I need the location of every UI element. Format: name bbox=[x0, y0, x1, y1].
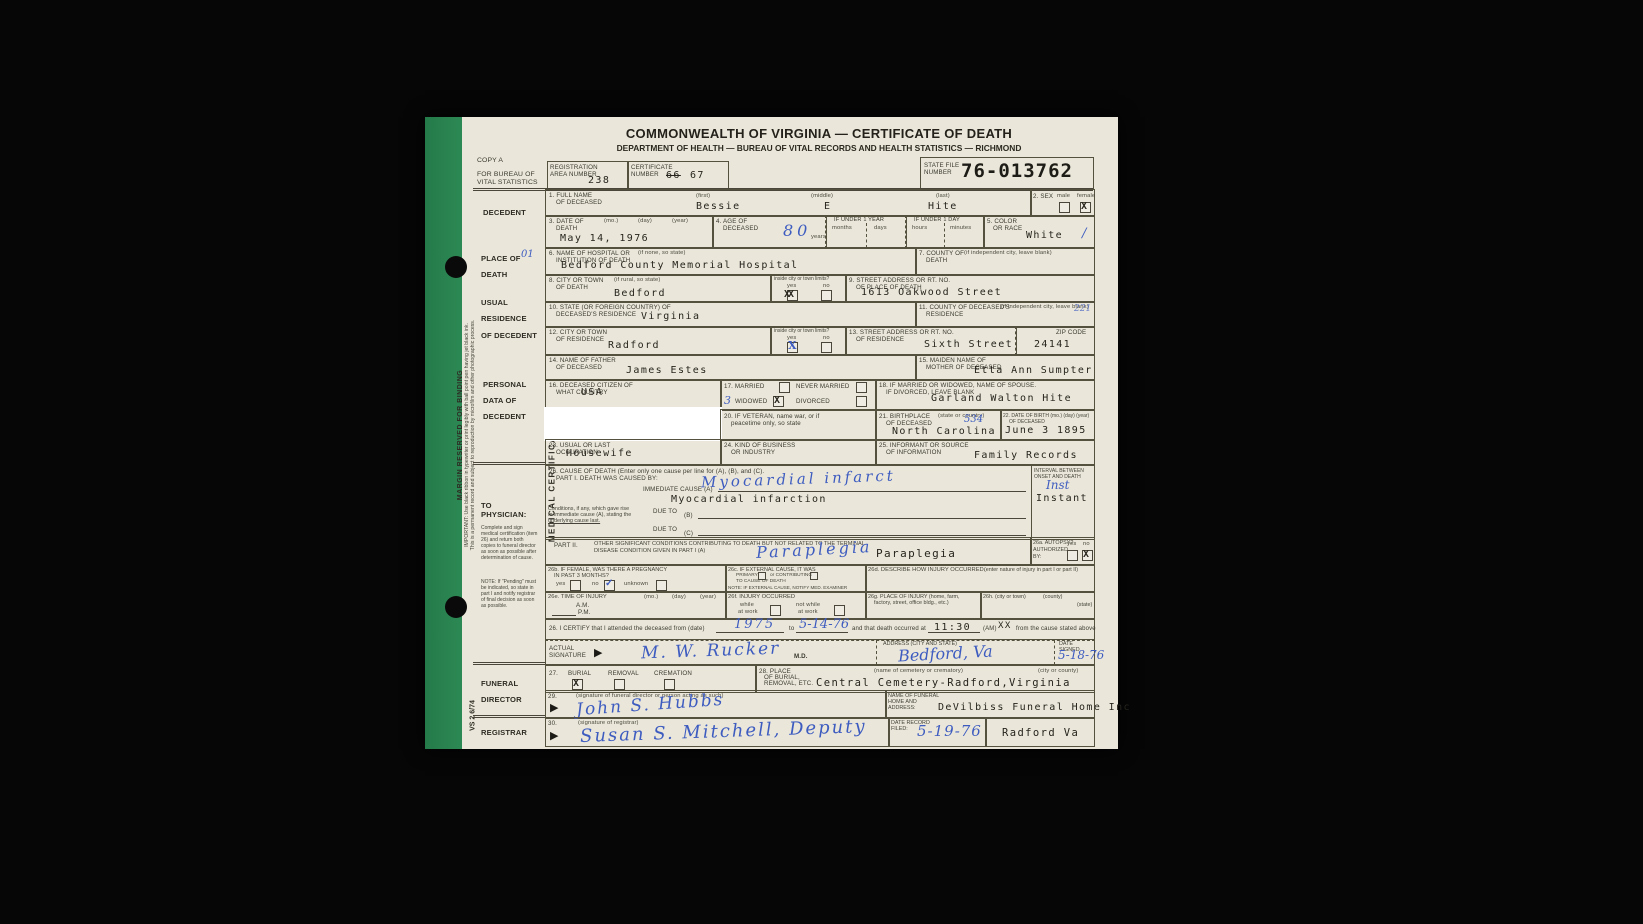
signature-addr-divider bbox=[876, 640, 877, 665]
due-to-b-label: DUE TO bbox=[653, 508, 677, 515]
pregnancy-no-mark: ✓ bbox=[605, 578, 613, 589]
injury-mo-hint: (mo.) bbox=[644, 594, 658, 601]
business-label2: OR INDUSTRY bbox=[731, 449, 775, 456]
hole-punch-top bbox=[445, 256, 467, 278]
residence-county-handwritten-note: 221 bbox=[1074, 304, 1091, 314]
certify-from-handwritten: 1975 bbox=[734, 617, 775, 632]
city-county-hint: (city or county) bbox=[1038, 668, 1078, 675]
middle-name-value: E bbox=[824, 201, 831, 212]
color-value: White bbox=[1026, 230, 1063, 241]
cause-a-typed: Myocardial infarction bbox=[671, 494, 827, 505]
last-hint: (last) bbox=[936, 193, 950, 200]
occupation-value: Housewife bbox=[566, 448, 633, 459]
pregnancy-no-label: no bbox=[592, 581, 599, 588]
physician-signature: M. W. Rucker bbox=[641, 639, 781, 664]
registrar-place-value: Radford Va bbox=[1002, 727, 1079, 739]
registrar-number: 30. bbox=[548, 720, 557, 727]
certificate-number-struck: 66 bbox=[666, 170, 681, 181]
signature-arrow-icon: ▶ bbox=[594, 646, 602, 659]
city-of-death-label2: OF DEATH bbox=[556, 284, 588, 291]
citizen-value: USA bbox=[581, 387, 603, 398]
side-divider-funeral bbox=[473, 662, 545, 665]
father-label2: OF DECEASED bbox=[556, 364, 602, 371]
burial-label: BURIAL bbox=[568, 670, 591, 677]
mo-hint: (mo.) bbox=[604, 218, 618, 225]
year-hint: (year) bbox=[672, 218, 688, 225]
margin-bold-text: MARGIN RESERVED FOR BINDING bbox=[457, 140, 464, 730]
side-data-of-label: DATA OF bbox=[483, 397, 516, 406]
side-decedent2-label: DECEDENT bbox=[483, 413, 526, 422]
margin-permanent-text: This is a permanent record and subject t… bbox=[470, 140, 476, 730]
while-at-work-checkbox bbox=[770, 605, 781, 616]
burial-mark: X bbox=[573, 678, 579, 689]
injury-work-label: 26f. INJURY OCCURRED bbox=[728, 594, 795, 601]
city-of-death-hint: (if rural, so state) bbox=[614, 277, 661, 284]
residence-limits-label: inside city or town limits? bbox=[774, 328, 829, 334]
field-place-of-burial: 28. PLACE OF BURIAL, REMOVAL, ETC. (name… bbox=[755, 664, 1095, 693]
physician-instructions: Complete and sign medical certification … bbox=[481, 525, 539, 561]
removal-checkbox bbox=[614, 679, 625, 690]
field-part2-conditions: PART II. OTHER SIGNIFICANT CONDITIONS CO… bbox=[545, 537, 1032, 566]
certify-time-line bbox=[928, 632, 980, 633]
field-spouse-name: 18. IF MARRIED OR WIDOWED, NAME OF SPOUS… bbox=[875, 379, 1095, 411]
death-street-value: 1613 Oakwood Street bbox=[861, 287, 1002, 298]
residence-city-label2: OF RESIDENCE bbox=[556, 336, 604, 343]
side-usual-label: USUAL bbox=[481, 299, 508, 308]
cemetery-hint: (name of cemetery or crematory) bbox=[874, 668, 963, 675]
certificate-title: COMMONWEALTH OF VIRGINIA — CERTIFICATE O… bbox=[545, 126, 1093, 141]
last-name-value: Hite bbox=[928, 201, 958, 212]
field-registrar-place: Radford Va bbox=[985, 717, 1095, 747]
external-primary-label: PRIMARY bbox=[736, 573, 758, 579]
residence-state-value: Virginia bbox=[641, 311, 700, 322]
field-hospital: 6. NAME OF HOSPITAL OR (if none, so stat… bbox=[545, 247, 917, 276]
sex-label: 2. SEX bbox=[1033, 193, 1053, 200]
side-divider-registrar bbox=[473, 715, 545, 718]
place-code-handwritten: 01 bbox=[521, 249, 534, 260]
field-funeral-director-signature: 29. ▶ (signature of funeral director or … bbox=[545, 690, 887, 719]
pregnancy-unknown-checkbox bbox=[656, 580, 667, 591]
field-business-industry: 24. KIND OF BUSINESS OR INDUSTRY bbox=[720, 439, 877, 466]
pregnancy-unknown-label: unknown bbox=[624, 581, 648, 588]
not-while-at-work-checkbox bbox=[834, 605, 845, 616]
divorced-label: DIVORCED bbox=[796, 398, 830, 405]
never-married-label: NEVER MARRIED bbox=[796, 383, 850, 390]
side-personal-label: PERSONAL bbox=[483, 381, 526, 390]
residence-state-label2: DECEASED'S RESIDENCE bbox=[556, 311, 636, 318]
field-residence-county: 11. COUNTY OF DECEASED'S (if independent… bbox=[915, 301, 1095, 328]
color-handwritten-mark: / bbox=[1082, 226, 1086, 241]
field-certificate-number: CERTIFICATE NUMBER 66 67 bbox=[627, 161, 729, 190]
binding-margin-text: MARGIN RESERVED FOR BINDING IMPORTANT: U… bbox=[457, 140, 483, 730]
autopsy-yes-checkbox bbox=[1067, 550, 1078, 561]
side-divider-medical bbox=[473, 462, 545, 465]
age-value-handwritten: 80 bbox=[783, 221, 811, 240]
field-physician-signature-row: ACTUAL SIGNATURE ▶ M. W. Rucker M.D. ADD… bbox=[545, 639, 1095, 666]
day-hint: (day) bbox=[638, 218, 652, 225]
field-cause-of-death: 26. CAUSE OF DEATH (Enter only one cause… bbox=[545, 464, 1095, 540]
external-contributing-checkbox bbox=[810, 572, 818, 580]
widowed-checkbox: X bbox=[773, 396, 784, 407]
certify-from-line bbox=[716, 632, 784, 633]
pregnancy-label2: IN PAST 3 MONTHS? bbox=[554, 573, 609, 580]
state-file-value: 76-013762 bbox=[961, 160, 1073, 182]
signature-date-divider bbox=[1054, 640, 1055, 665]
mother-value: Etta Ann Sumpter bbox=[974, 365, 1093, 376]
certify-pm-strikeout: XX bbox=[998, 621, 1012, 631]
not-while-label: not while bbox=[796, 602, 820, 609]
autopsy-no-label: no bbox=[1083, 541, 1090, 548]
field-time-of-injury: 26e. TIME OF INJURY (mo.) (day) (year) A… bbox=[545, 591, 727, 620]
field-age: 4. AGE OF DECEASED 80 years bbox=[712, 215, 827, 249]
field-registrar-signature: 30. ▶ (signature of registrar) Susan S. … bbox=[545, 717, 890, 747]
conditions-note-3: underlying cause last. bbox=[548, 518, 636, 524]
funeral-home-value: DeVilbiss Funeral Home Inc bbox=[938, 702, 1131, 713]
field-registration-area-number: REGISTRATION AREA NUMBER 238 bbox=[547, 161, 629, 190]
first-name-value: Bessie bbox=[696, 201, 741, 212]
minutes-label: minutes bbox=[950, 225, 971, 232]
removal-label: REMOVAL bbox=[608, 670, 639, 677]
registrar-arrow-icon: ▶ bbox=[550, 729, 558, 742]
date-of-death-value: May 14, 1976 bbox=[560, 233, 649, 244]
injury-state-hint: (state) bbox=[1077, 602, 1092, 608]
date-signed-handwritten: 5-18-76 bbox=[1058, 648, 1104, 662]
hole-punch-bottom bbox=[445, 596, 467, 618]
field-funeral-home: NAME OF FUNERAL HOME AND ADDRESS: DeVilb… bbox=[885, 690, 1095, 719]
color-label2: OR RACE bbox=[993, 225, 1022, 232]
due-to-c-label: DUE TO bbox=[653, 526, 677, 533]
field-birthplace: 21. BIRTHPLACE (state or country) OF DEC… bbox=[875, 409, 1002, 441]
zip-value: 24141 bbox=[1034, 339, 1071, 350]
field-injury-city-county-state: 26h. (city or town) (county) (state) bbox=[980, 591, 1095, 620]
field-external-cause: 26c. IF EXTERNAL CAUSE, IT WAS PRIMARY o… bbox=[725, 564, 867, 593]
field-sex: 2. SEX male female X bbox=[1030, 189, 1095, 217]
field-occupation: 23. USUAL OR LAST OCCUPATION Housewife bbox=[545, 439, 722, 466]
field-disposition: 27. BURIAL X REMOVAL CREMATION bbox=[545, 664, 757, 693]
funeral-director-arrow-icon: ▶ bbox=[550, 701, 558, 714]
sex-male-label: male bbox=[1057, 193, 1070, 200]
side-place-of-death-label2: DEATH bbox=[481, 271, 507, 280]
field-residence-state: 10. STATE (OR FOREIGN COUNTRY) OF DECEAS… bbox=[545, 301, 917, 328]
field-state-file-number: STATE FILE NUMBER 76-013762 bbox=[920, 157, 1094, 190]
disposition-number: 27. bbox=[549, 670, 558, 677]
part2-label: PART II. bbox=[554, 542, 578, 549]
certify-ampm-label: (AM) bbox=[983, 626, 997, 633]
field-county-of-death: 7. COUNTY OF (if independent city, leave… bbox=[915, 247, 1095, 276]
field-place-of-injury: 26g. PLACE OF INJURY (home, farm, factor… bbox=[865, 591, 982, 620]
pending-note: NOTE: If "Pending" must be indicated, so… bbox=[481, 579, 539, 609]
interval-column: INTERVAL BETWEEN ONSET AND DEATH Inst In… bbox=[1031, 466, 1095, 539]
city-of-death-value: Bedford bbox=[614, 288, 666, 299]
vital-statistics-label: VITAL STATISTICS bbox=[477, 179, 538, 187]
date-filed-handwritten: 5-19-76 bbox=[917, 722, 982, 740]
cause-c-line bbox=[698, 535, 1026, 536]
death-certificate-document: MARGIN RESERVED FOR BINDING IMPORTANT: U… bbox=[425, 117, 1118, 749]
side-decedent-label: DECEDENT bbox=[483, 209, 526, 218]
age-label2: DECEASED bbox=[723, 225, 758, 232]
months-days-divider bbox=[866, 223, 867, 248]
cause-b-line bbox=[698, 518, 1026, 519]
certify-text-1: 26. I CERTIFY that I attended the deceas… bbox=[549, 626, 705, 633]
residence-limits-yes-checkbox: X bbox=[787, 342, 798, 353]
part2-typed: Paraplegia bbox=[876, 547, 956, 560]
sex-female-checkbox: X bbox=[1080, 202, 1091, 213]
birthplace-value: North Carolina bbox=[892, 426, 996, 437]
field-how-injury-occurred: 26d. DESCRIBE HOW INJURY OCCURRED. (ente… bbox=[865, 564, 1095, 593]
under-1-year-label: IF UNDER 1 YEAR bbox=[834, 217, 884, 223]
married-label: 17. MARRIED bbox=[724, 383, 765, 390]
field-residence-city: 12. CITY OR TOWN OF RESIDENCE Radford bbox=[545, 326, 772, 356]
while-label: while bbox=[740, 602, 754, 609]
not-while-label2: at work bbox=[798, 609, 818, 616]
side-director-label: DIRECTOR bbox=[481, 696, 522, 705]
certify-text-2: and that death occurred at bbox=[852, 626, 926, 633]
field-if-under-1-year: IF UNDER 1 YEAR months days bbox=[825, 215, 907, 249]
part1-label: PART I. DEATH WAS CAUSED BY: bbox=[556, 475, 658, 482]
screenshot-stage: MARGIN RESERVED FOR BINDING IMPORTANT: U… bbox=[0, 0, 1643, 924]
md-label: M.D. bbox=[794, 653, 808, 660]
date-of-death-label2: DEATH bbox=[556, 225, 577, 232]
registration-value: 238 bbox=[588, 175, 610, 186]
death-limits-no-label: no bbox=[823, 283, 830, 290]
injury-occurred-label: 26d. DESCRIBE HOW INJURY OCCURRED. bbox=[868, 567, 985, 574]
residence-city-value: Radford bbox=[608, 340, 660, 351]
field-marital-status: 17. MARRIED NEVER MARRIED 3 WIDOWED X DI… bbox=[720, 379, 877, 411]
injury-county-hint: (county) bbox=[1043, 594, 1062, 600]
veteran-label2: peacetime only, so state bbox=[731, 420, 801, 427]
residence-limits-no-checkbox bbox=[821, 342, 832, 353]
field-father-name: 14. NAME OF FATHER OF DECEASED James Est… bbox=[545, 354, 917, 381]
interval-typed: Instant bbox=[1036, 493, 1088, 504]
county-of-death-label2: DEATH bbox=[926, 257, 947, 264]
certificate-number-label2: NUMBER bbox=[631, 171, 659, 178]
side-funeral-label: FUNERAL bbox=[481, 680, 518, 689]
field-autopsy: 26a. AUTOPSY? AUTHORIZED BY: yes no X bbox=[1030, 537, 1095, 566]
never-married-checkbox bbox=[856, 382, 867, 393]
widowed-mark: X bbox=[774, 395, 780, 406]
autopsy-no-mark: X bbox=[1083, 549, 1089, 560]
field-color-or-race: 5. COLOR OR RACE White / bbox=[983, 215, 1095, 249]
field-redacted bbox=[545, 409, 722, 441]
birthplace-handwritten-note: 534 bbox=[964, 414, 983, 425]
side-residence-label: RESIDENCE bbox=[481, 315, 527, 324]
funeral-home-label3: ADDRESS: bbox=[888, 705, 916, 711]
external-note-label: NOTE: IF EXTERNAL CAUSE, NOTIFY MED. EXA… bbox=[728, 585, 847, 591]
middle-hint: (middle) bbox=[811, 193, 833, 200]
death-limits-yes-mark: XX bbox=[784, 289, 792, 300]
part2-text-2: DISEASE CONDITION GIVEN IN PART I (A) bbox=[594, 548, 705, 555]
field-if-under-1-day: IF UNDER 1 DAY hours minutes bbox=[905, 215, 985, 249]
field-mother-maiden-name: 15. MAIDEN NAME OF MOTHER OF DECEASED Et… bbox=[915, 354, 1095, 381]
county-of-death-hint: (if independent city, leave blank) bbox=[964, 250, 1052, 257]
cause-a-line bbox=[718, 491, 1026, 492]
certificate-subtitle: DEPARTMENT OF HEALTH — BUREAU OF VITAL R… bbox=[545, 143, 1093, 153]
copy-a-label: COPY A bbox=[477, 157, 503, 165]
burial-checkbox: X bbox=[572, 679, 583, 690]
informant-label2: OF INFORMATION bbox=[886, 449, 941, 456]
autopsy-label2: AUTHORIZED bbox=[1033, 547, 1068, 553]
divorced-checkbox bbox=[856, 396, 867, 407]
state-file-label2: NUMBER bbox=[924, 169, 952, 176]
certificate-number-value: 67 bbox=[690, 170, 705, 181]
field-certify-statement: 26. I CERTIFY that I attended the deceas… bbox=[545, 618, 1095, 641]
field-zip-code: ZIP CODE 24141 bbox=[1015, 326, 1095, 356]
residence-limits-no-label: no bbox=[823, 335, 830, 342]
while-label2: at work bbox=[738, 609, 758, 616]
spouse-value: Garland Walton Hite bbox=[931, 393, 1072, 404]
hospital-value: Bedford County Memorial Hospital bbox=[561, 260, 798, 271]
residence-street-value: Sixth Street bbox=[924, 339, 1013, 350]
field-residence-city-limits: inside city or town limits? yes X no bbox=[770, 326, 847, 356]
age-unit-label: years bbox=[811, 234, 826, 241]
father-value: James Estes bbox=[626, 365, 708, 376]
date-filed-label2: FILED: bbox=[891, 726, 908, 732]
autopsy-yes-label: yes bbox=[1067, 541, 1076, 548]
days-label: days bbox=[874, 225, 887, 232]
first-hint: (first) bbox=[696, 193, 710, 200]
for-bureau-label: FOR BUREAU OF bbox=[477, 171, 535, 179]
b-label: (B) bbox=[684, 512, 693, 519]
death-limits-no-checkbox bbox=[821, 290, 832, 301]
under-1-day-label: IF UNDER 1 DAY bbox=[914, 217, 960, 223]
months-label: months bbox=[832, 225, 852, 232]
certify-to-line bbox=[796, 632, 848, 633]
hours-minutes-divider bbox=[944, 223, 945, 248]
external-tocause-label: TO CAUSE OF DEATH bbox=[736, 579, 786, 585]
informant-value: Family Records bbox=[974, 450, 1078, 461]
address-handwritten: Bedford, Va bbox=[898, 642, 994, 666]
dob-value: June 3 1895 bbox=[1005, 425, 1087, 436]
redaction-box bbox=[544, 407, 722, 441]
pregnancy-no-checkbox: ✓ bbox=[604, 580, 615, 591]
field-death-city-limits: inside city or town limits? yes XX no bbox=[770, 274, 847, 303]
field-death-street-address: 9. STREET ADDRESS OR RT. NO. OF PLACE OF… bbox=[845, 274, 1095, 303]
field-residence-street: 13. STREET ADDRESS OR RT. NO. OF RESIDEN… bbox=[845, 326, 1017, 356]
residence-limits-yes-mark: X bbox=[788, 339, 797, 352]
place-of-injury-label2: factory, street, office bldg., etc.) bbox=[874, 600, 949, 606]
death-limits-yes-checkbox: XX bbox=[787, 290, 798, 301]
external-contributing-label: or CONTRIBUTING bbox=[770, 573, 812, 579]
funeral-director-number: 29. bbox=[548, 693, 557, 700]
injury-day-hint: (day) bbox=[672, 594, 686, 601]
interval-handwritten: Inst bbox=[1046, 478, 1069, 492]
injury-occurred-hint: (enter nature of injury in part I or par… bbox=[984, 567, 1078, 573]
widowed-label: WIDOWED bbox=[735, 398, 767, 405]
place-of-burial-value: Central Cemetery-Radford,Virginia bbox=[816, 677, 1071, 689]
field-full-name: 1. FULL NAME OF DECEASED (first) (middle… bbox=[545, 189, 1032, 217]
side-of-decedent-label: OF DECEDENT bbox=[481, 332, 537, 341]
injury-year-hint: (year) bbox=[700, 594, 716, 601]
certify-text-3: from the cause stated above bbox=[1016, 626, 1096, 633]
side-physician-label: PHYSICIAN: bbox=[481, 511, 526, 520]
autopsy-label3: BY: bbox=[1033, 554, 1041, 560]
autopsy-no-checkbox: X bbox=[1082, 550, 1093, 561]
sex-male-checkbox bbox=[1059, 202, 1070, 213]
field-city-of-death: 8. CITY OR TOWN (if rural, so state) OF … bbox=[545, 274, 772, 303]
field-date-of-death: 3. DATE OF DEATH (mo.) (day) (year) May … bbox=[545, 215, 714, 249]
full-name-label2: OF DECEASED bbox=[556, 199, 602, 206]
field-date-record-filed: DATE RECORD FILED: 5-19-76 bbox=[888, 717, 987, 747]
widowed-handwritten-note: 3 bbox=[724, 394, 731, 407]
time-of-injury-label: 26e. TIME OF INJURY bbox=[548, 594, 607, 601]
residence-county-label2: RESIDENCE bbox=[926, 311, 963, 318]
side-registrar-label: REGISTRAR bbox=[481, 729, 527, 738]
field-veteran: 20. IF VETERAN, name war, or if peacetim… bbox=[720, 409, 877, 441]
cremation-checkbox bbox=[664, 679, 675, 690]
pm-label: P.M. bbox=[578, 609, 591, 616]
place-of-burial-label3: REMOVAL, ETC. bbox=[764, 680, 813, 687]
pregnancy-yes-label: yes bbox=[556, 581, 565, 588]
certify-to-word: to bbox=[789, 626, 794, 633]
injury-city-hint: 26h. (city or town) bbox=[983, 594, 1026, 600]
field-injury-occurred-work: 26f. INJURY OCCURRED while at work not w… bbox=[725, 591, 867, 620]
death-limits-label: inside city or town limits? bbox=[774, 276, 829, 282]
married-checkbox bbox=[779, 382, 790, 393]
side-place-of-death-label: PLACE OF bbox=[481, 255, 521, 264]
field-date-of-birth: 22. DATE OF BIRTH (mo.) (day) (year) OF … bbox=[1000, 409, 1095, 441]
sex-female-mark: X bbox=[1081, 201, 1087, 212]
hospital-hint: (if none, so state) bbox=[638, 250, 686, 257]
pm-line bbox=[552, 615, 576, 616]
field-pregnancy: 26b. IF FEMALE, WAS THERE A PREGNANCY IN… bbox=[545, 564, 727, 593]
hours-label: hours bbox=[912, 225, 927, 232]
zip-label: ZIP CODE bbox=[1056, 329, 1086, 336]
field-informant: 25. INFORMANT OR SOURCE OF INFORMATION F… bbox=[875, 439, 1095, 466]
certify-to-handwritten: 5-14-76 bbox=[799, 617, 849, 632]
pregnancy-yes-checkbox bbox=[570, 580, 581, 591]
signature-label: SIGNATURE bbox=[549, 652, 586, 659]
cremation-label: CREMATION bbox=[654, 670, 692, 677]
residence-street-label2: OF RESIDENCE bbox=[856, 336, 904, 343]
sex-female-label: female bbox=[1077, 193, 1095, 200]
